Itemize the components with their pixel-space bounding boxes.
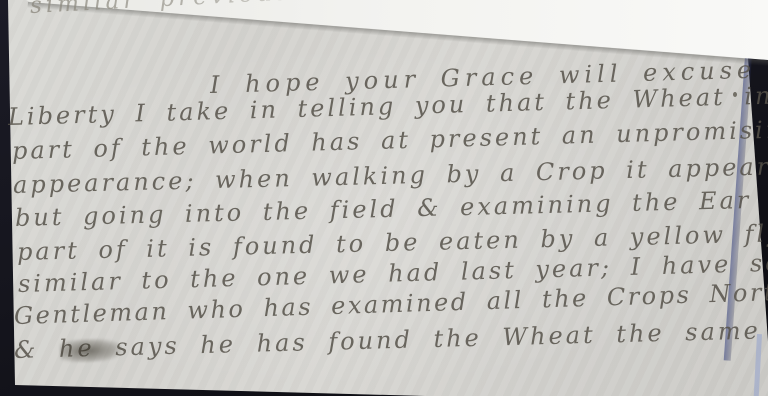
manuscript-photo: similar previous to the I hope your Grac… — [0, 0, 768, 396]
ink-speck — [733, 92, 737, 97]
ink-smudge — [60, 338, 123, 363]
